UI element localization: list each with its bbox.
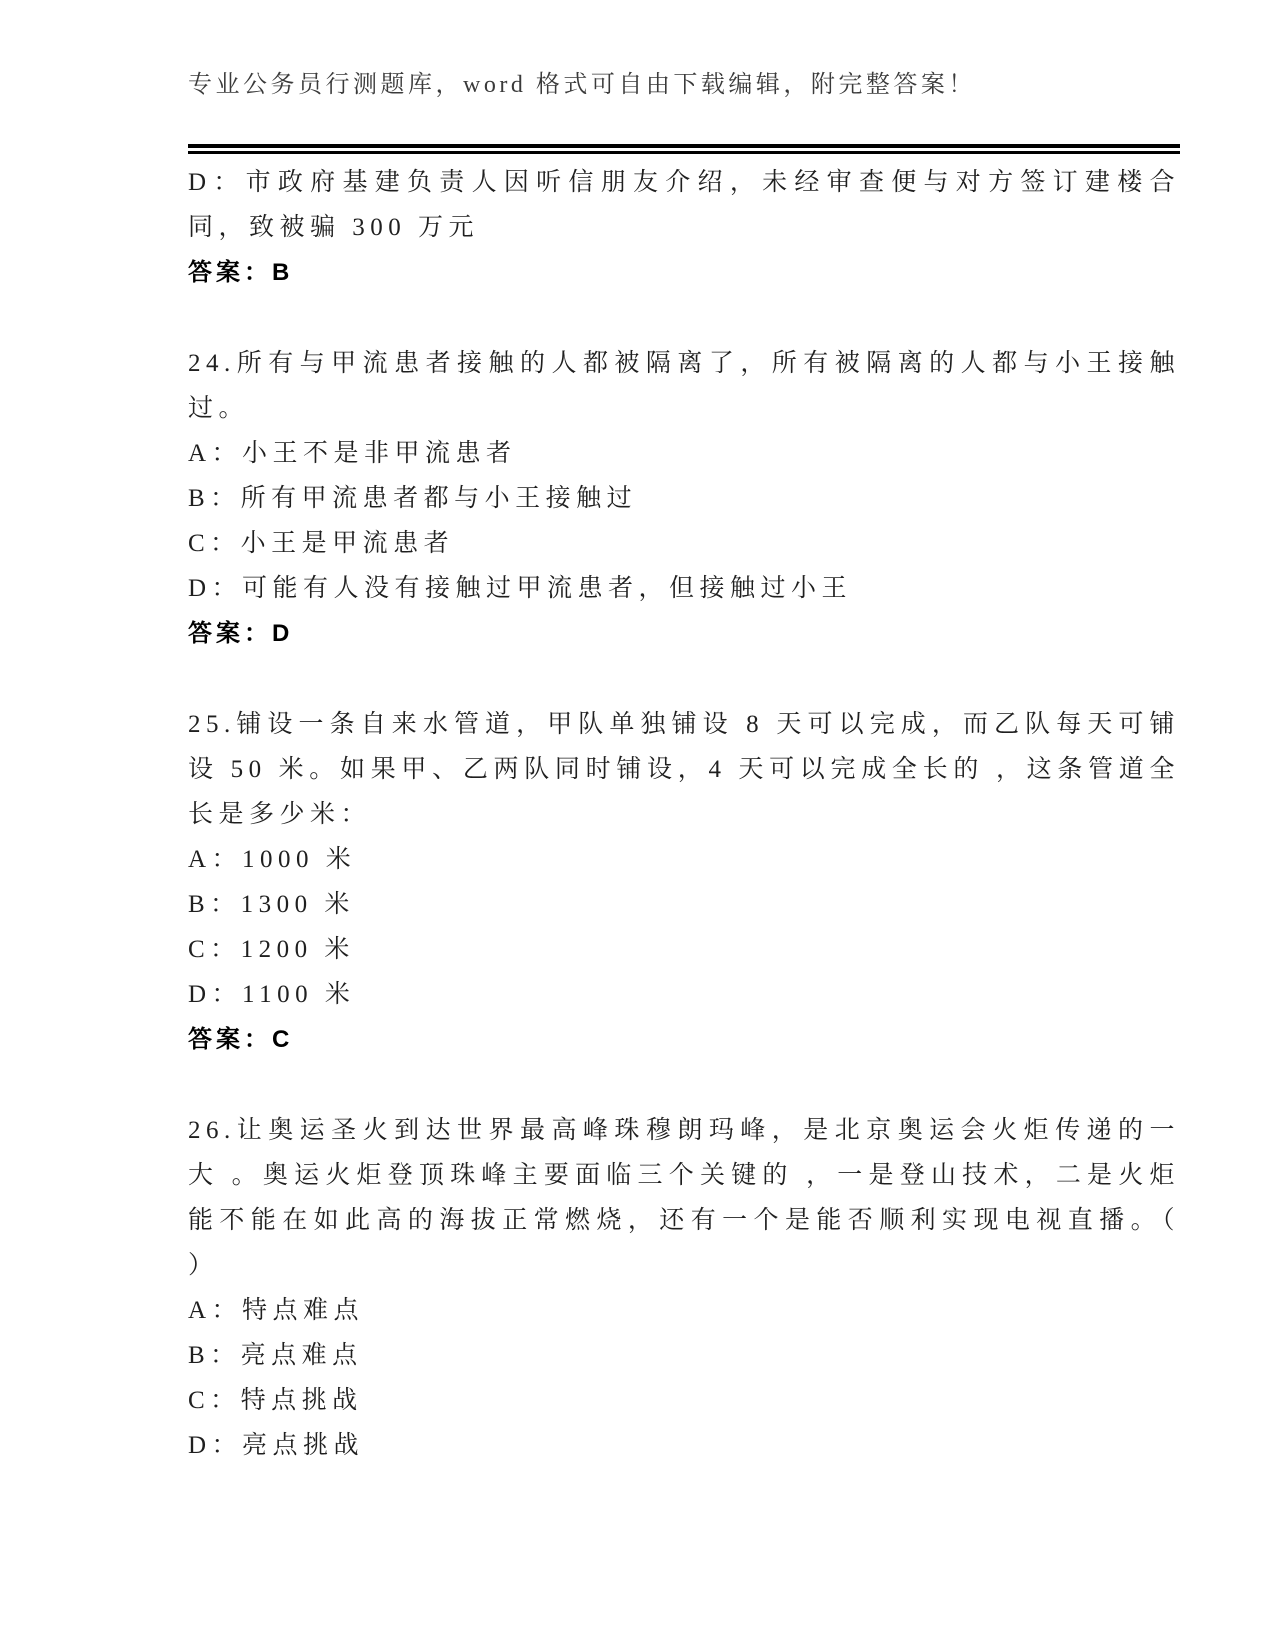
question-24-stem: 24.所有与甲流患者接触的人都被隔离了，所有被隔离的人都与小王接触过。 (188, 341, 1180, 431)
document-body: D：市政府基建负责人因听信朋友介绍，未经审查便与对方签订建楼合同，致被骗 300… (188, 160, 1180, 1468)
question-25-answer: 答案：C (188, 1017, 1180, 1062)
question-25-option-c: C：1200 米 (188, 927, 1180, 972)
question-26-stem: 26.让奥运圣火到达世界最高峰珠穆朗玛峰，是北京奥运会火炬传递的一大 。奥运火炬… (188, 1108, 1180, 1288)
document-page: 专业公务员行测题库，word 格式可自由下载编辑，附完整答案！ D：市政府基建负… (0, 0, 1275, 1650)
page-header-notice: 专业公务员行测题库，word 格式可自由下载编辑，附完整答案！ (188, 70, 1180, 100)
question-block-26: 26.让奥运圣火到达世界最高峰珠穆朗玛峰，是北京奥运会火炬传递的一大 。奥运火炬… (188, 1108, 1180, 1468)
question-block-24: 24.所有与甲流患者接触的人都被隔离了，所有被隔离的人都与小王接触过。 A：小王… (188, 341, 1180, 656)
header-divider-rule (188, 144, 1180, 154)
question-26-option-b: B：亮点难点 (188, 1333, 1180, 1378)
document-content: 专业公务员行测题库，word 格式可自由下载编辑，附完整答案！ D：市政府基建负… (188, 0, 1180, 1468)
question-block-25: 25.铺设一条自来水管道，甲队单独铺设 8 天可以完成，而乙队每天可铺设 50 … (188, 702, 1180, 1062)
question-23-option-d: D：市政府基建负责人因听信朋友介绍，未经审查便与对方签订建楼合同，致被骗 300… (188, 160, 1180, 250)
question-25-option-d: D：1100 米 (188, 972, 1180, 1017)
question-24-option-a: A：小王不是非甲流患者 (188, 431, 1180, 476)
question-25-option-a: A：1000 米 (188, 837, 1180, 882)
question-26-option-a: A：特点难点 (188, 1288, 1180, 1333)
question-26-option-c: C：特点挑战 (188, 1378, 1180, 1423)
question-25-option-b: B：1300 米 (188, 882, 1180, 927)
question-block-23-tail: D：市政府基建负责人因听信朋友介绍，未经审查便与对方签订建楼合同，致被骗 300… (188, 160, 1180, 295)
question-24-option-c: C：小王是甲流患者 (188, 521, 1180, 566)
question-26-option-d: D：亮点挑战 (188, 1423, 1180, 1468)
question-24-option-d: D：可能有人没有接触过甲流患者，但接触过小王 (188, 566, 1180, 611)
question-24-answer: 答案：D (188, 611, 1180, 656)
question-23-answer: 答案：B (188, 250, 1180, 295)
question-25-stem: 25.铺设一条自来水管道，甲队单独铺设 8 天可以完成，而乙队每天可铺设 50 … (188, 702, 1180, 837)
question-24-option-b: B：所有甲流患者都与小王接触过 (188, 476, 1180, 521)
